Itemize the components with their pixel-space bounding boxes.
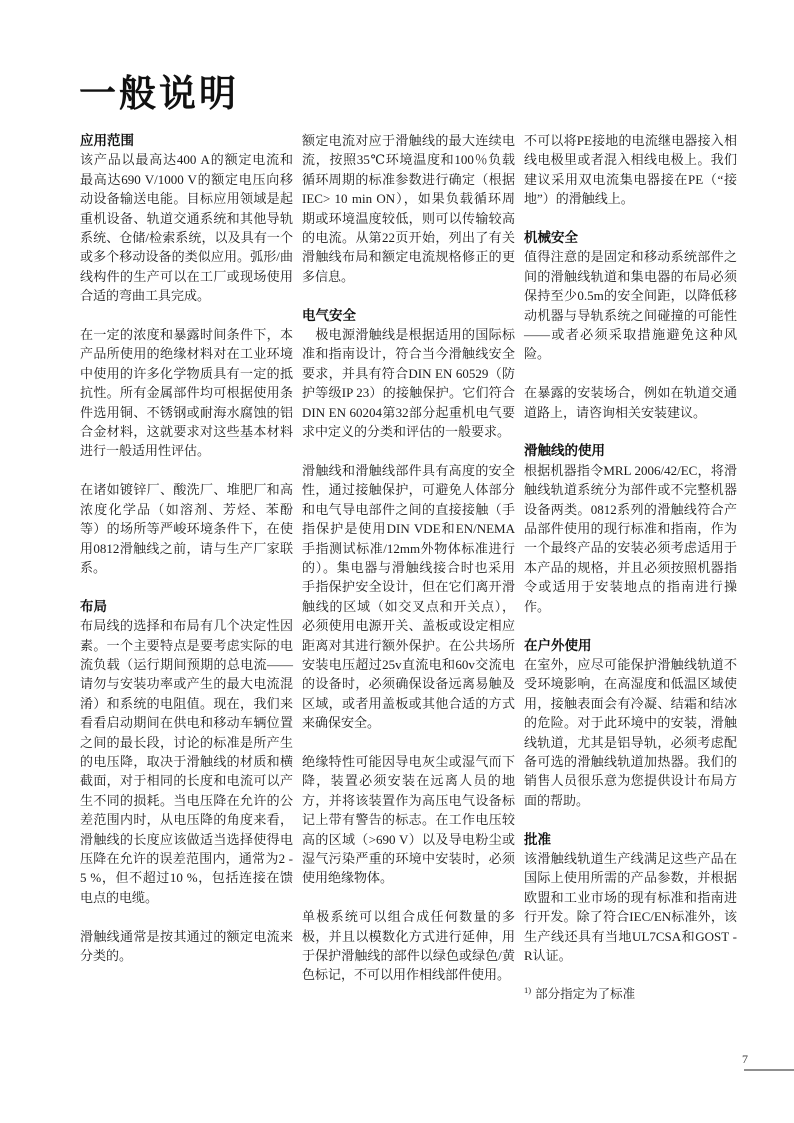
section-heading: 应用范围 — [80, 131, 293, 150]
section-heading: 批准 — [524, 830, 737, 849]
paragraph: 根据机器指令MRL 2006/42/EC，将滑触线轨道系统分为部件或不完整机器设… — [524, 461, 737, 616]
section-heading: 电气安全 — [302, 306, 515, 325]
text-columns: 应用范围该产品以最高达400 A的额定电流和最高达690 V/1000 V的额定… — [80, 131, 736, 1004]
section-heading: 滑触线的使用 — [524, 441, 737, 460]
footnote: 1)部分指定为了标准 — [524, 985, 737, 1004]
paragraph: 绝缘特性可能因导电灰尘或湿气而下降，装置必须安装在远离人员的地方，并将该装置作为… — [302, 752, 515, 888]
document-page: 一般说明 应用范围该产品以最高达400 A的额定电流和最高达690 V/1000… — [0, 0, 794, 1123]
paragraph: 在暴露的安装场合，例如在轨道交通道路上，请咨询相关安装建议。 — [524, 383, 737, 422]
paragraph: 在室外，应尽可能保护滑触线轨道不受环境影响，在高湿度和低温区域使用，接触表面会有… — [524, 655, 737, 810]
paragraph: 极电源滑触线是根据适用的国际标准和指南设计，符合当今滑触线安全要求，并具有符合D… — [302, 325, 515, 441]
paragraph: 在一定的浓度和暴露时间条件下，本产品所使用的绝缘材料对在工业环境中使用的许多化学… — [80, 325, 293, 461]
section-heading: 在户外使用 — [524, 636, 737, 655]
paragraph: 滑触线和滑触线部件具有高度的安全性，通过接触保护，可避免人体部分和电气导电部件之… — [302, 461, 515, 733]
paragraph: 不可以将PE接地的电流继电器接入相线电极里或者混入相线电极上。我们建议采用双电流… — [524, 131, 737, 209]
column-3: 不可以将PE接地的电流继电器接入相线电极里或者混入相线电极上。我们建议采用双电流… — [524, 131, 737, 1004]
footer-rule — [744, 1069, 794, 1071]
paragraph: 在诸如镀锌厂、酸洗厂、堆肥厂和高浓度化学品（如溶剂、芳烃、苯酚等）的场所等严峻环… — [80, 480, 293, 577]
section-heading: 机械安全 — [524, 228, 737, 247]
footnote-marker: 1) — [524, 985, 531, 995]
footnote-text: 部分指定为了标准 — [535, 987, 635, 1001]
page-title: 一般说明 — [79, 63, 239, 117]
paragraph: 滑触线通常是按其通过的额定电流来分类的。 — [80, 927, 293, 966]
paragraph: 额定电流对应于滑触线的最大连续电流，按照35℃环境温度和100％负载循环周期的标… — [302, 131, 515, 286]
paragraph: 该产品以最高达400 A的额定电流和最高达690 V/1000 V的额定电压向移… — [80, 150, 293, 305]
page-number: 7 — [742, 1052, 748, 1067]
paragraph: 布局线的选择和布局有几个决定性因素。一个主要特点是要考虑实际的电流负载（运行期间… — [80, 616, 293, 907]
section-heading: 布局 — [80, 597, 293, 616]
column-2: 额定电流对应于滑触线的最大连续电流，按照35℃环境温度和100％负载循环周期的标… — [302, 131, 515, 1004]
paragraph: 值得注意的是固定和移动系统部件之间的滑触线轨道和集电器的布局必须保持至少0.5m… — [524, 247, 737, 363]
paragraph: 单极系统可以组合成任何数量的多极，并且以模数化方式进行延伸，用于保护滑触线的部件… — [302, 907, 515, 985]
column-1: 应用范围该产品以最高达400 A的额定电流和最高达690 V/1000 V的额定… — [80, 131, 293, 1004]
paragraph: 该滑触线轨道生产线满足这些产品在国际上使用所需的产品参数，并根据欧盟和工业市场的… — [524, 849, 737, 965]
